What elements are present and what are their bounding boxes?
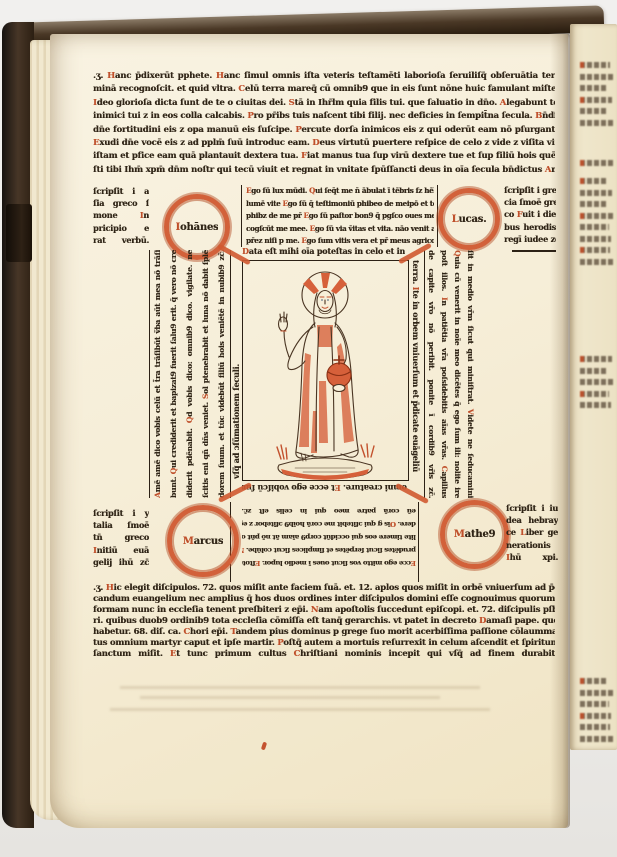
medallion-marcus: Marcus <box>167 505 239 577</box>
caption-right: terra. Ite in orbem vniuerſum et p̄dicat… <box>407 260 422 479</box>
next-leaf-edge <box>570 24 617 750</box>
showthrough-line <box>110 708 490 711</box>
caption-bottom: omni creature. Et ecce ego vobiſcū ſum <box>242 481 407 494</box>
medallion-lucas: Lucas. <box>438 188 500 250</box>
bottom-paragraph: .ʒ. Hic elegit diſcipulos. 72. quos miſi… <box>93 583 555 660</box>
showthrough-line <box>120 686 480 689</box>
book-clasp <box>6 204 32 262</box>
red-ink-fleck <box>261 742 267 751</box>
rotated-column-left: Amē amē dico vobis celū et t̄ra trāſibūt… <box>149 250 231 498</box>
rule <box>418 502 419 582</box>
next-page-showthrough-text-lines <box>580 24 617 750</box>
corner-note-marcus: ſcripſit i ytalia ſmoētn̄ grecoInitiū eu… <box>93 507 149 568</box>
corner-note-john: ſcripſit i aſia greco ſmone Inpricipio e… <box>93 185 149 246</box>
medallion-matheus: Mathe9 <box>440 500 509 569</box>
christ-woodcut-illustration <box>243 261 408 480</box>
woodcut-frame <box>242 260 409 481</box>
corner-note-lucas: ſcripſit i grecia ſmoē greco Fuit i dieb… <box>504 184 556 245</box>
gospel-quotes-john: Ego ſū lux mūdi. Qui ſeq̄t me n̄ ābulat … <box>246 185 434 248</box>
corner-note-matheus: ſcripſit i iudea hebrayce Liber generati… <box>506 502 558 563</box>
showthrough-line <box>140 696 440 699</box>
caption-top: Data eſt mihi oīa poteſtas in celo et in <box>242 244 405 258</box>
book-page: .ʒ. Hanc p̄dixerūt pphete. Hanc ſimul om… <box>50 34 568 828</box>
rule <box>512 250 556 252</box>
gospel-quotes-matthew-reversed: Ecce ego mitto vos ſicut oues ī medio lu… <box>242 504 416 569</box>
rule <box>241 185 242 247</box>
photo-of-incunabulum-page: .ʒ. Hanc p̄dixerūt pphete. Hanc ſimul om… <box>0 0 617 857</box>
top-paragraph: .ʒ. Hanc p̄dixerūt pphete. Hanc ſimul om… <box>93 70 555 177</box>
rotated-column-right: ſit in medio vr̄m ſicut qui miniſtrat. V… <box>424 250 477 498</box>
